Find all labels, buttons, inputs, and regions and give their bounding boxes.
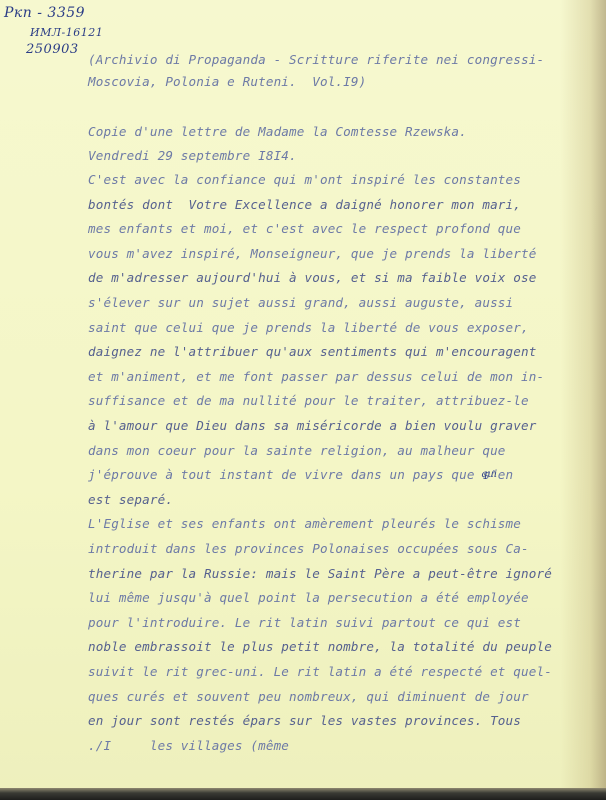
body-line: therine par la Russie: mais le Saint Pèr… — [88, 566, 552, 581]
archive-ref-3: 250903 — [26, 43, 79, 56]
body-line: vous m'avez inspiré, Monseigneur, que je… — [88, 246, 536, 261]
body-line: dans mon coeur pour la sainte religion, … — [88, 443, 506, 458]
body-line: s'élever sur un sujet aussi grand, aussi… — [88, 295, 513, 310]
page-bottom-edge — [0, 788, 606, 800]
letter-title: Copie d'une lettre de Madame la Comtesse… — [88, 124, 467, 139]
body-line: saint que celui que je prends la liberté… — [88, 320, 529, 335]
body-line: j'éprouve à tout instant de vivre dans u… — [88, 467, 513, 482]
body-line: en jour sont restés épars sur les vastes… — [88, 713, 521, 728]
body-line: suivit le rit grec-uni. Le rit latin a é… — [88, 664, 552, 679]
body-line: bontés dont Votre Excellence a daigné ho… — [88, 197, 521, 212]
letter-date: Vendredi 29 septembre I8I4. — [88, 148, 297, 163]
body-line: ./I les villages (même — [88, 738, 289, 753]
document-page: Ркп - 3359 ИМЛ-16121 250903 (Archivio di… — [0, 0, 606, 790]
body-line: L'Eglise et ses enfants ont amèrement pl… — [88, 516, 521, 531]
body-line: est separé. — [88, 492, 173, 507]
body-line: à l'amour que Dieu dans sa miséricorde a… — [88, 418, 536, 433]
archive-ref-2: ИМЛ-16121 — [30, 27, 103, 38]
body-line: C'est avec la confiance qui m'ont inspir… — [88, 172, 521, 187]
correction-qui: qui — [481, 469, 497, 480]
header-line-1: (Archivio di Propaganda - Scritture rife… — [88, 52, 544, 67]
body-line: mes enfants et moi, et c'est avec le res… — [88, 221, 521, 236]
body-line: daignez ne l'attribuer qu'aux sentiments… — [88, 344, 536, 359]
body-line: introduit dans les provinces Polonaises … — [88, 541, 529, 556]
body-line: de m'adresser aujourd'hui à vous, et si … — [88, 270, 536, 285]
archive-ref-1: Ркп - 3359 — [4, 6, 85, 20]
body-line: noble embrassoit le plus petit nombre, l… — [88, 639, 552, 654]
body-line: suffisance et de ma nullité pour le trai… — [88, 393, 529, 408]
body-line: et m'animent, et me font passer par dess… — [88, 369, 544, 384]
body-line: pour l'introduire. Le rit latin suivi pa… — [88, 615, 521, 630]
body-line: ques curés et souvent peu nombreux, qui … — [88, 689, 529, 704]
header-line-2: Moscovia, Polonia e Ruteni. Vol.I9) — [88, 74, 366, 89]
body-line: lui même jusqu'à quel point la persecuti… — [88, 590, 529, 605]
